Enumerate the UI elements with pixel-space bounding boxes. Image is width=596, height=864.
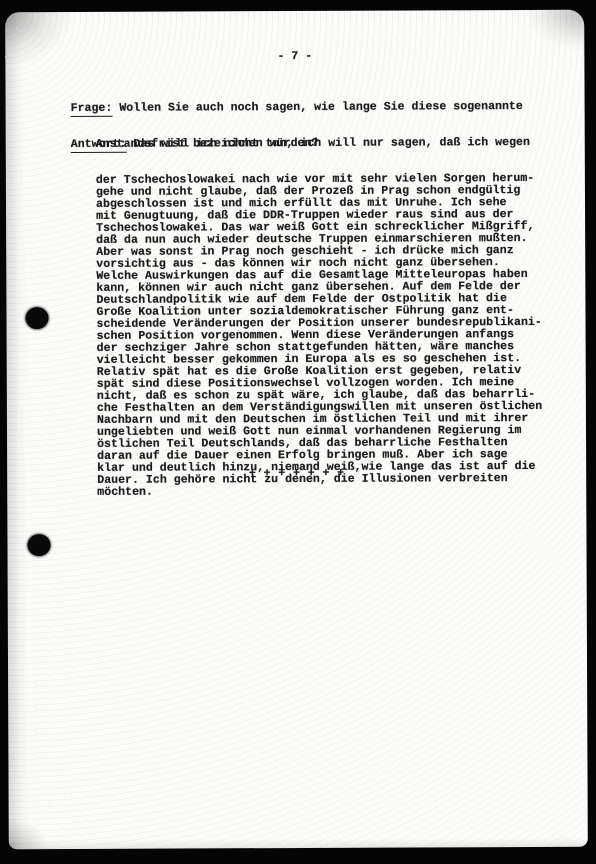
- answer-text: [126, 138, 133, 151]
- text-line: möchten.: [72, 485, 572, 499]
- answer-label: Antwort:: [71, 138, 127, 153]
- answer-continuation: der Tschechoslowakei nach wie vor mit se…: [71, 173, 572, 499]
- punch-hole-top: [25, 307, 48, 329]
- answer-first-line: Antwort: Das will ich nicht tun, ich wil…: [71, 137, 571, 151]
- document-page: - 7 - Frage: Wollen Sie auch noch sagen,…: [5, 10, 588, 850]
- page-number: - 7 -: [5, 50, 584, 65]
- punch-hole-bottom: [27, 534, 50, 556]
- end-separator: + + + + + + +: [7, 467, 586, 482]
- scanned-document-background: { "colors": { "background": "#050505", "…: [0, 0, 596, 864]
- question-text: [112, 102, 119, 115]
- answer-block: Antwort: Das will ich nicht tun, ich wil…: [71, 113, 573, 523]
